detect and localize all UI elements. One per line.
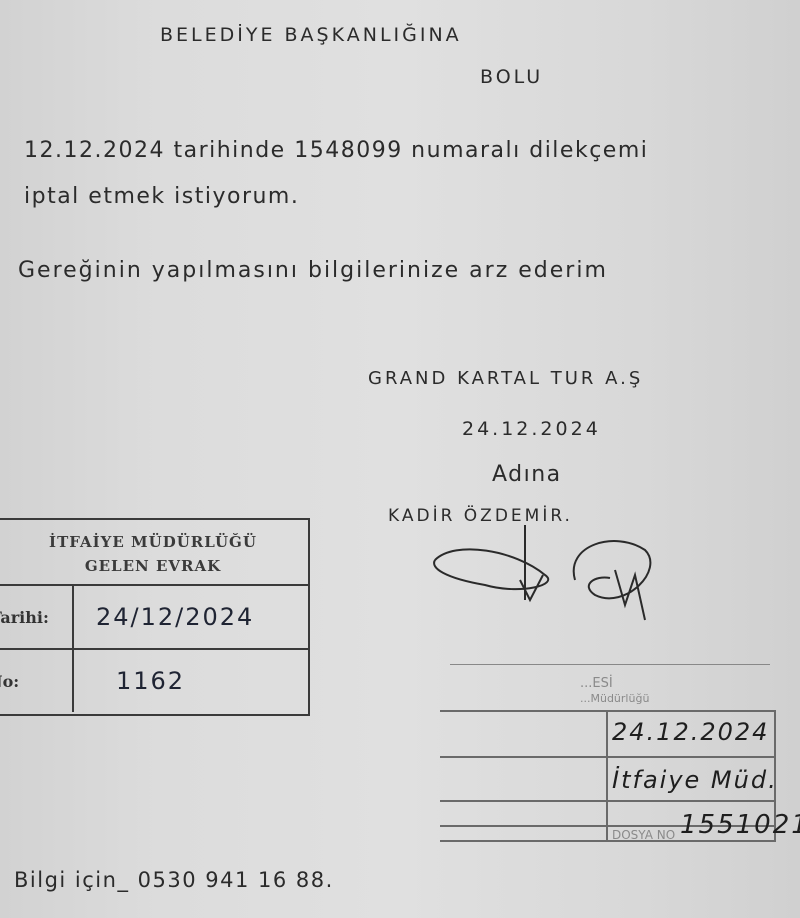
stamp-date-label: Tarihi: (0, 586, 74, 648)
registry-header: ...ESİ (580, 676, 613, 691)
body-line-2: iptal etmek istiyorum. (24, 184, 299, 209)
registry-department: İtfaiye Müd. (612, 766, 778, 794)
signature-date: 24.12.2024 (462, 418, 601, 440)
registry-date: 24.12.2024 (612, 718, 769, 746)
stamp-title: İTFAİYE MÜDÜRLÜĞÜ (0, 530, 308, 554)
stamp-subtitle: GELEN EVRAK (0, 554, 308, 578)
on-behalf-label: Adına (492, 462, 562, 487)
registry-stamp: ...ESİ ...Müdürlüğü 24.12.2024 İtfaiye M… (440, 660, 800, 840)
addressee-title: BELEDİYE BAŞKANLIĞINA (160, 24, 462, 46)
body-line-1: 12.12.2024 tarihinde 1548099 numaralı di… (24, 138, 648, 163)
company-name: GRAND KARTAL TUR A.Ş (368, 368, 643, 389)
petition-document: BELEDİYE BAŞKANLIĞINA BOLU 12.12.2024 ta… (0, 0, 800, 918)
stamp-no-value: 1162 (74, 650, 308, 712)
incoming-document-stamp: İTFAİYE MÜDÜRLÜĞÜ GELEN EVRAK Tarihi: 24… (0, 518, 310, 716)
signature-icon (425, 520, 665, 630)
stamp-no-label: No: (0, 650, 74, 712)
stamp-date-value: 24/12/2024 (74, 586, 308, 648)
registry-subheader: ...Müdürlüğü (580, 692, 649, 705)
contact-phone: Bilgi için_ 0530 941 16 88. (14, 868, 334, 892)
addressee-city: BOLU (480, 66, 543, 88)
registry-file-no-value: 1551021 (680, 810, 800, 840)
registry-file-no-label: DOSYA NO (612, 828, 675, 842)
closing-line: Gereğinin yapılmasını bilgilerinize arz … (18, 258, 608, 283)
